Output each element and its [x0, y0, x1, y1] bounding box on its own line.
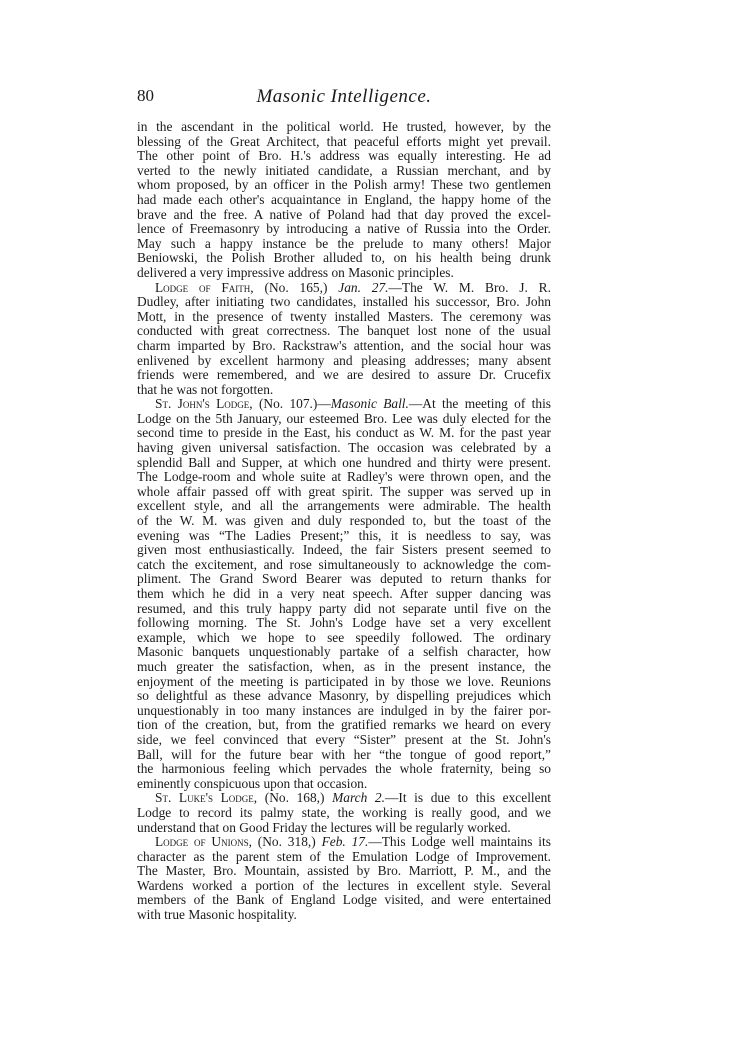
text-line: May such a happy instance be the prelude…: [137, 237, 551, 252]
text-line: St. Luke's Lodge, (No. 168,) March 2.—It…: [137, 791, 551, 806]
lodge-heading: Lodge of Unions,: [155, 834, 252, 849]
text-line: understand that on Good Friday the lectu…: [137, 821, 551, 836]
lodge-number: (No. 318,): [258, 834, 316, 849]
text-line: example, which we hope to see speedily f…: [137, 631, 551, 646]
document-page: 80 Masonic Intelligence. in the ascendan…: [137, 86, 551, 923]
text-line: brave and the free. A native of Poland h…: [137, 208, 551, 223]
text-line: blessing of the Great Architect, that pe…: [137, 135, 551, 150]
entry-subject: Masonic Ball.: [331, 396, 409, 411]
text-line: evening was “The Ladies Present;” this, …: [137, 529, 551, 544]
text-line: that he was not forgotten.: [137, 383, 551, 398]
text-line: The Master, Bro. Mountain, assisted by B…: [137, 864, 551, 879]
entry-date: Jan. 27.: [338, 280, 388, 295]
text-line: pliment. The Grand Sword Bearer was depu…: [137, 572, 551, 587]
paragraph-continuation: in the ascendant in the political world.…: [137, 120, 551, 281]
text-line: catch the excitement, and rose simultane…: [137, 558, 551, 573]
text-line: whole affair passed off with great spiri…: [137, 485, 551, 500]
text-line: Lodge of Unions, (No. 318,) Feb. 17.—Thi…: [137, 835, 551, 850]
text-line: them which he did in a very neat speech.…: [137, 587, 551, 602]
text-line: splendid Ball and Supper, at which one h…: [137, 456, 551, 471]
lodge-heading: Lodge of Faith,: [155, 280, 254, 295]
text-line: members of the Bank of England Lodge vis…: [137, 893, 551, 908]
text-line: with true Masonic hospitality.: [137, 908, 551, 923]
text-line: Masonic banquets unquestionably partake …: [137, 645, 551, 660]
text-line: eminently conspicuous upon that occasion…: [137, 777, 551, 792]
text-line: The other point of Bro. H.'s address was…: [137, 149, 551, 164]
text-line: verted to the newly initiated candidate,…: [137, 164, 551, 179]
text-line: following morning. The St. John's Lodge …: [137, 616, 551, 631]
lodge-number: (No. 165,): [265, 280, 328, 295]
text-line: conducted with great correctness. The ba…: [137, 324, 551, 339]
paragraph-lodge-of-unions: Lodge of Unions, (No. 318,) Feb. 17.—Thi…: [137, 835, 551, 923]
text-line: The Lodge-room and whole suite at Radley…: [137, 470, 551, 485]
text-line: had made each other's acquaintance in En…: [137, 193, 551, 208]
text-line: St. John's Lodge, (No. 107.)—Masonic Bal…: [137, 397, 551, 412]
text-fragment: —At the meeting of this: [409, 396, 551, 411]
text-line: excellent style, and all the arrangement…: [137, 499, 551, 514]
text-line: friends were remembered, and we are desi…: [137, 368, 551, 383]
text-line: much greater the satisfaction, when, as …: [137, 660, 551, 675]
text-line: given most enthusiastically. Indeed, the…: [137, 543, 551, 558]
text-line: Wardens worked a portion of the lectures…: [137, 879, 551, 894]
paragraph-lodge-of-faith: Lodge of Faith, (No. 165,) Jan. 27.—The …: [137, 281, 551, 398]
text-fragment: —It is due to this excellent: [385, 790, 551, 805]
text-line: enlivened by excellent harmony and pleas…: [137, 354, 551, 369]
text-line: lence of Freemasonry by introducing a na…: [137, 222, 551, 237]
text-line: the harmonious feeling which pervades th…: [137, 762, 551, 777]
text-line: character as the parent stem of the Emul…: [137, 850, 551, 865]
paragraph-st-johns-lodge: St. John's Lodge, (No. 107.)—Masonic Bal…: [137, 397, 551, 791]
text-line: resumed, and this truly happy party did …: [137, 602, 551, 617]
text-line: Lodge on the 5th January, our esteemed B…: [137, 412, 551, 427]
text-line: enjoyment of the meeting is participated…: [137, 675, 551, 690]
text-line: Mott, in the presence of twenty installe…: [137, 310, 551, 325]
lodge-heading: St. Luke's Lodge,: [155, 790, 257, 805]
running-title: Masonic Intelligence.: [137, 86, 551, 108]
text-line: delivered a very impressive address on M…: [137, 266, 551, 281]
article-body: in the ascendant in the political world.…: [137, 120, 551, 923]
text-line: Beniowski, the Polish Brother alluded to…: [137, 251, 551, 266]
text-fragment: —The W. M. Bro. J. R.: [389, 280, 551, 295]
text-line: Ball, will for the future bear with her …: [137, 748, 551, 763]
text-line: tion of the creation, but, from the grat…: [137, 718, 551, 733]
paragraph-st-lukes-lodge: St. Luke's Lodge, (No. 168,) March 2.—It…: [137, 791, 551, 835]
text-line: second time to preside in the East, his …: [137, 426, 551, 441]
text-line: Lodge of Faith, (No. 165,) Jan. 27.—The …: [137, 281, 551, 296]
entry-date: March 2.: [332, 790, 385, 805]
lodge-number: (No. 107.)—: [259, 396, 331, 411]
page-header: 80 Masonic Intelligence.: [137, 86, 551, 114]
text-line: charm imparted by Bro. Rackstraw's atten…: [137, 339, 551, 354]
text-line: Lodge to record its palmy state, the wor…: [137, 806, 551, 821]
text-line: so delightful as these advance Masonry, …: [137, 689, 551, 704]
text-line: side, we feel convinced that every “Sist…: [137, 733, 551, 748]
text-line: of the W. M. was given and duly responde…: [137, 514, 551, 529]
text-line: having given universal satisfaction. The…: [137, 441, 551, 456]
text-fragment: —This Lodge well maintains its: [368, 834, 551, 849]
entry-date: Feb. 17.: [322, 834, 369, 849]
lodge-number: (No. 168,): [265, 790, 325, 805]
text-line: Dudley, after initiating two candidates,…: [137, 295, 551, 310]
text-line: in the ascendant in the political world.…: [137, 120, 551, 135]
text-line: whom proposed, by an officer in the Poli…: [137, 178, 551, 193]
text-line: unquestionably in too many instances are…: [137, 704, 551, 719]
lodge-heading: St. John's Lodge,: [155, 396, 253, 411]
